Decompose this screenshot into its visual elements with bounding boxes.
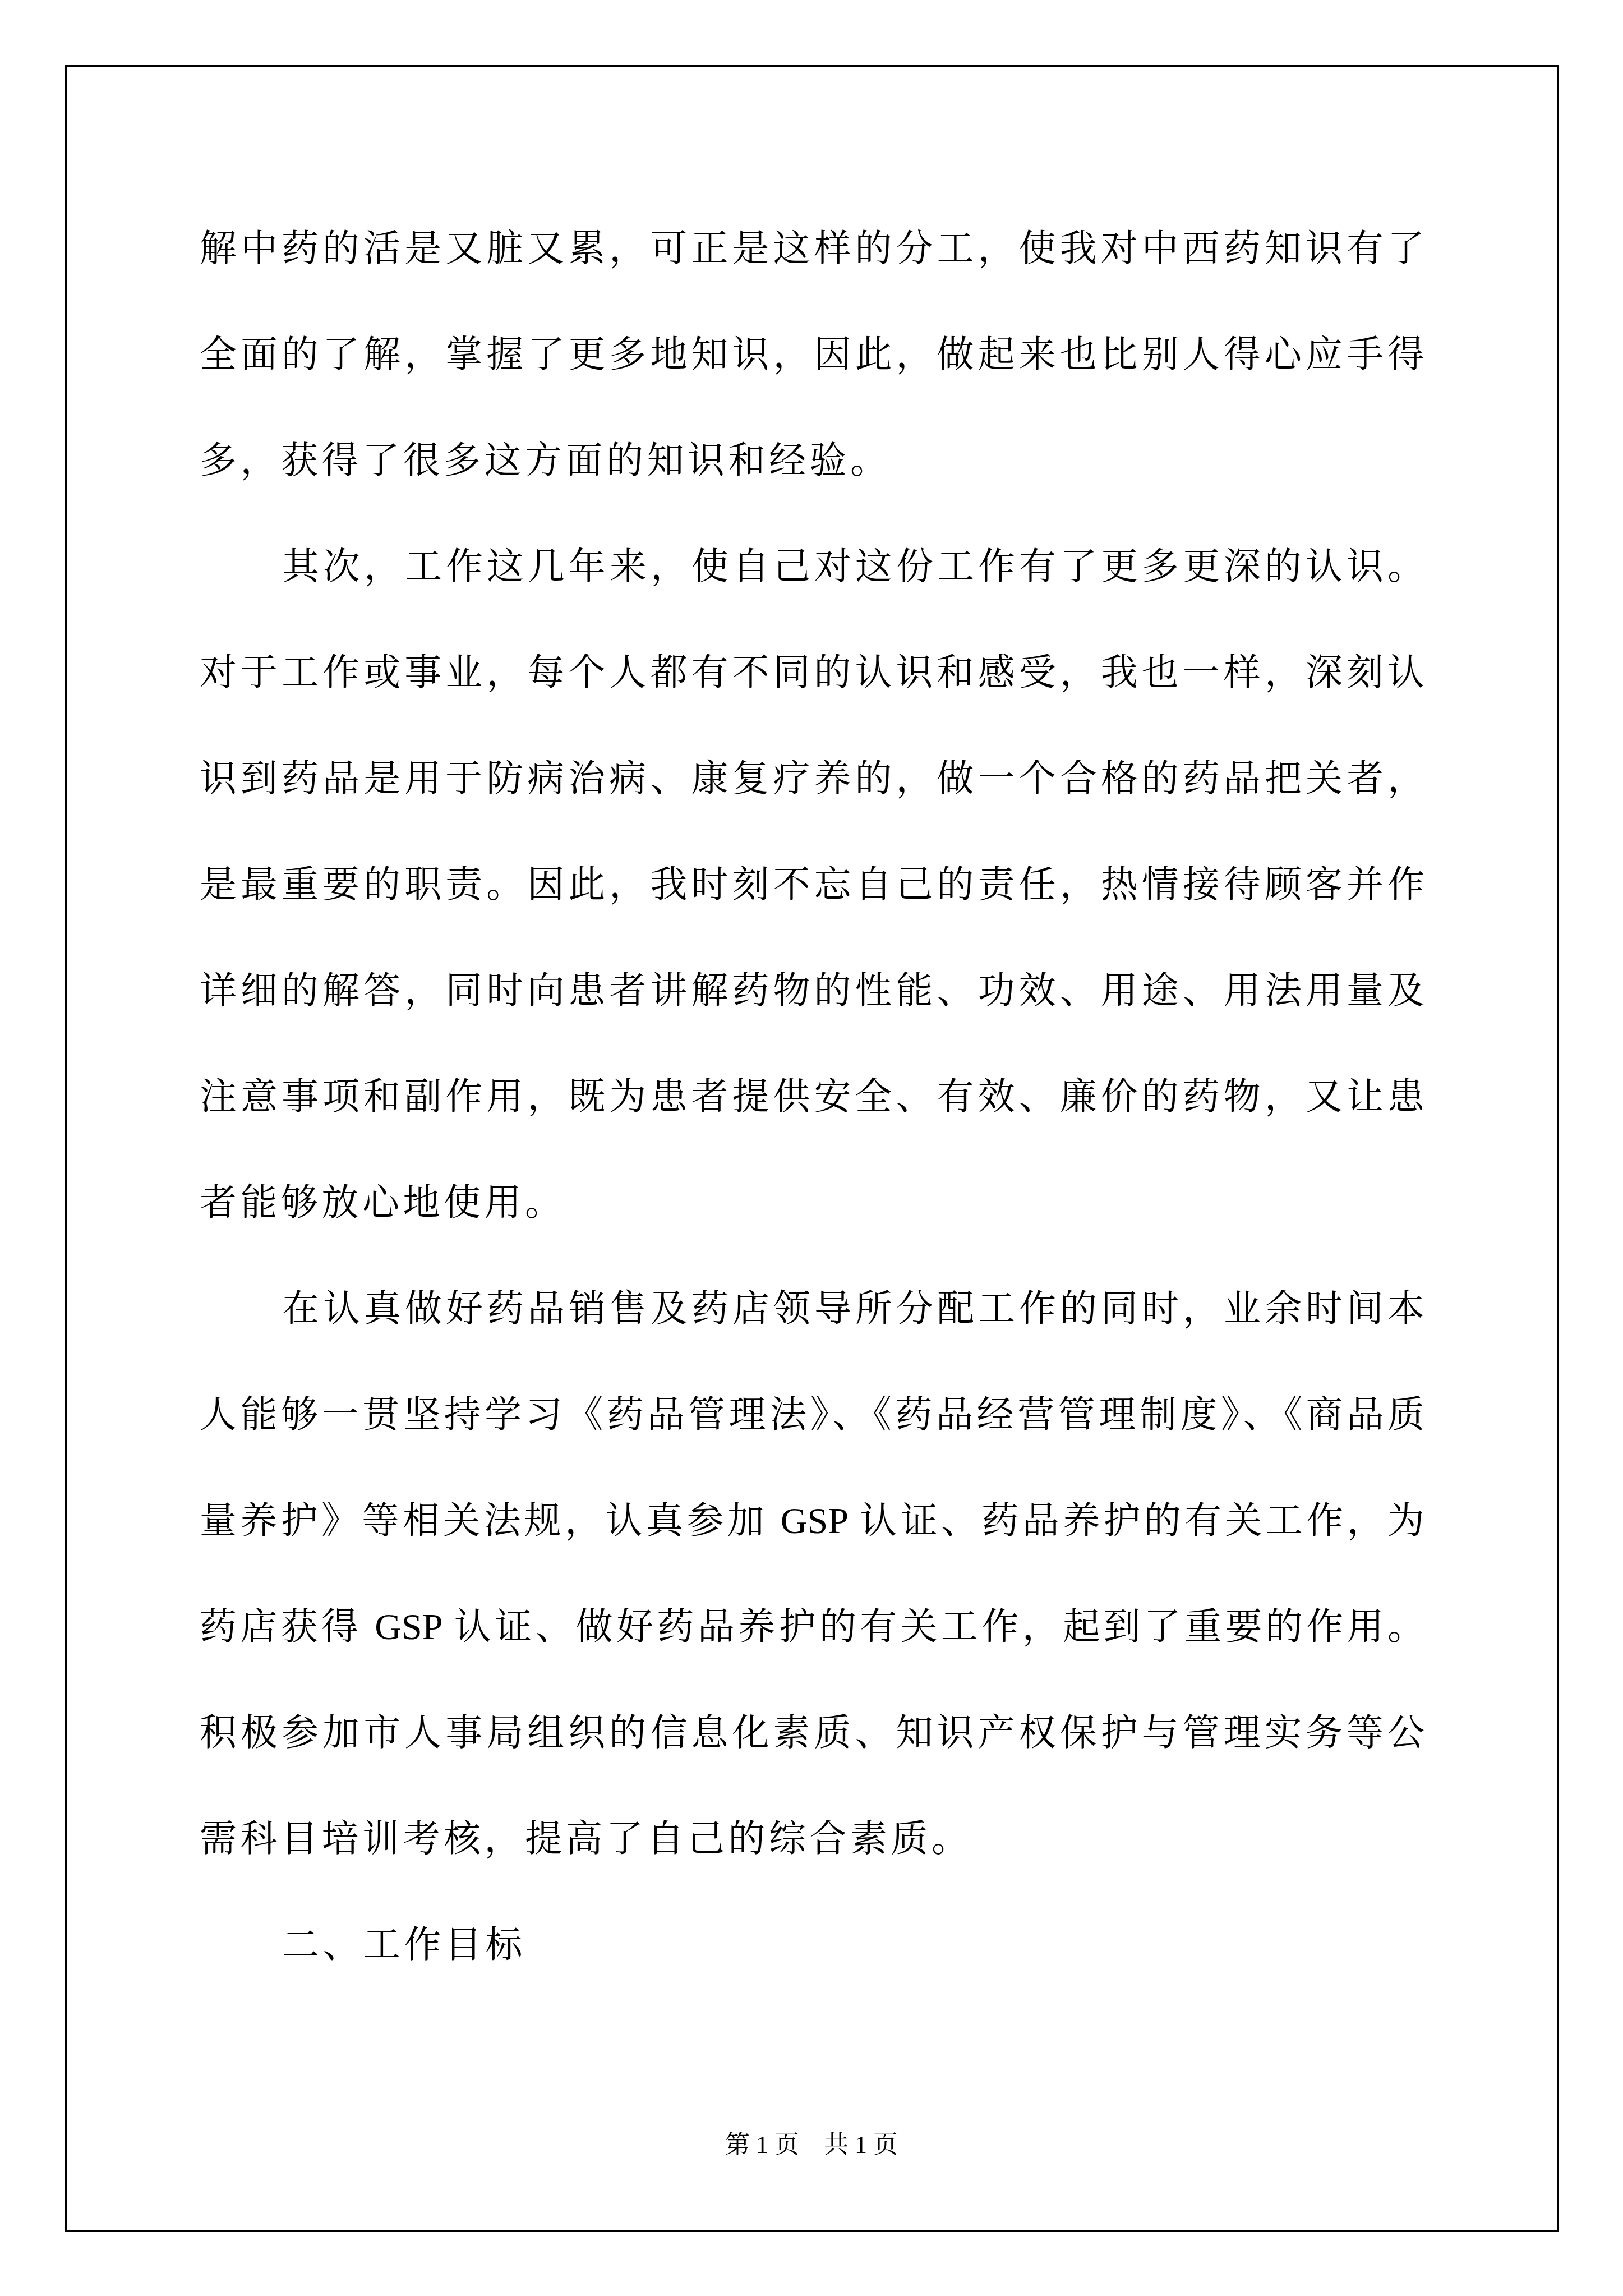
body-line-1: 解中药的活是又脏又累，可正是这样的分工，使我对中西药知识有了 [200, 227, 1424, 272]
body-line-10: 者能够放心地使用。 [200, 1181, 1424, 1226]
page-number-footer: 第 1 页 共 1 页 [0, 2129, 1623, 2161]
body-line-12: 人能够一贯坚持学习《药品管理法》、《药品经营管理制度》、《商品质 [200, 1393, 1424, 1438]
body-line-11: 在认真做好药品销售及药店领导所分配工作的同时，业余时间本 [282, 1287, 1424, 1332]
body-line-15: 积极参加市人事局组织的信息化素质、知识产权保护与管理实务等公 [200, 1711, 1424, 1756]
section-heading: 二、工作目标 [282, 1923, 1424, 1968]
body-line-16: 需科目培训考核，提高了自己的综合素质。 [200, 1817, 1424, 1862]
page-border-frame [65, 65, 1559, 2232]
body-line-9: 注意事项和副作用，既为患者提供安全、有效、廉价的药物，又让患 [200, 1075, 1424, 1120]
body-line-2: 全面的了解，掌握了更多地知识，因此，做起来也比别人得心应手得 [200, 333, 1424, 378]
body-line-4: 其次，工作这几年来，使自己对这份工作有了更多更深的认识。 [282, 545, 1424, 590]
body-line-5: 对于工作或事业，每个人都有不同的认识和感受，我也一样，深刻认 [200, 651, 1424, 696]
body-line-7: 是最重要的职责。因此，我时刻不忘自己的责任，热情接待顾客并作 [200, 863, 1424, 908]
body-line-13: 量养护》等相关法规，认真参加 GSP 认证、药品养护的有关工作，为 [200, 1499, 1424, 1544]
body-line-3: 多，获得了很多这方面的知识和经验。 [200, 439, 1424, 484]
body-line-14: 药店获得 GSP 认证、做好药品养护的有关工作，起到了重要的作用。 [200, 1605, 1424, 1650]
body-line-6: 识到药品是用于防病治病、康复疗养的，做一个合格的药品把关者， [200, 757, 1424, 802]
body-line-8: 详细的解答，同时向患者讲解药物的性能、功效、用途、用法用量及 [200, 969, 1424, 1014]
